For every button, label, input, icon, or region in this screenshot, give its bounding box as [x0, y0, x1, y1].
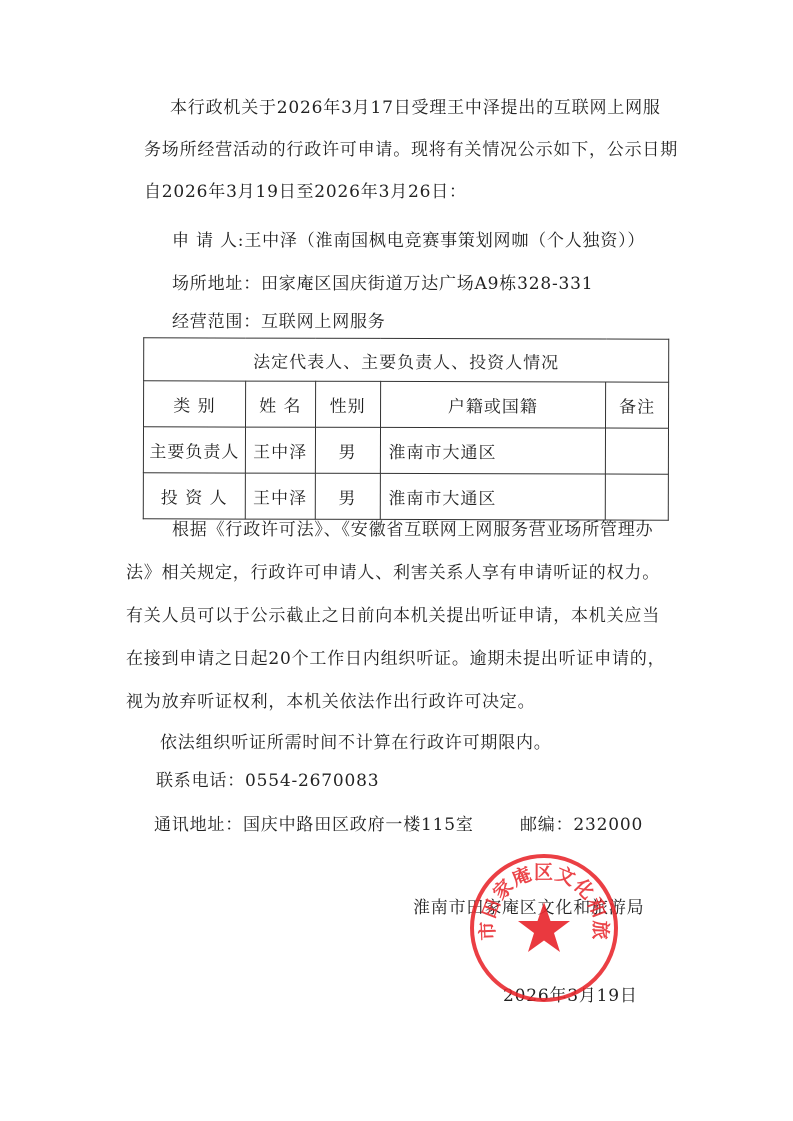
header-name: 姓 名	[245, 381, 315, 427]
cell-gender: 男	[315, 427, 380, 473]
cell-name: 王中泽	[245, 473, 315, 519]
table-row: 投 资 人 王中泽 男 淮南市大通区	[143, 473, 668, 520]
basis-line-5: 视为放弃听证权利，本机关依法作出行政许可决定。	[126, 692, 535, 712]
persons-info-table: 法定代表人、主要负责人、投资人情况 类 别 姓 名 性别 户籍或国籍 备注 主要…	[143, 337, 669, 520]
applicant-line: 申 请 人:王中泽（淮南国枫电竞赛事策划网咖（个人独资））	[172, 231, 645, 251]
business-scope-line: 经营范围：互联网上网服务	[172, 312, 386, 332]
header-domicile: 户籍或国籍	[380, 381, 606, 428]
postal-code: 邮编：232000	[520, 815, 643, 835]
table-header-row: 类 别 姓 名 性别 户籍或国籍 备注	[144, 381, 669, 428]
cell-remark	[605, 428, 668, 474]
basis-line-4: 在接到申请之日起20个工作日内组织听证。逾期未提出听证申请的，	[126, 649, 665, 669]
basis-line-1: 根据《行政许可法》、《安徽省互联网上网服务营业场所管理办	[172, 520, 653, 540]
basis-line-3: 有关人员可以于公示截止之日前向本机关提出听证申请，本机关应当	[126, 606, 660, 626]
mailing-address: 通讯地址：国庆中路田区政府一楼115室	[154, 815, 474, 835]
premises-address-line: 场所地址：田家庵区国庆街道万达广场A9栋328-331	[172, 274, 593, 294]
table-row: 主要负责人 王中泽 男 淮南市大通区	[143, 427, 668, 474]
seal-text: 淮南市田家庵区文化和旅游局	[468, 852, 612, 941]
issuing-organization: 淮南市田家庵区文化和旅游局	[413, 898, 644, 918]
cell-domicile: 淮南市大通区	[380, 427, 606, 474]
cell-name: 王中泽	[245, 427, 315, 473]
cell-category: 投 资 人	[143, 473, 245, 519]
table-title: 法定代表人、主要负责人、投资人情况	[144, 338, 669, 382]
cell-domicile: 淮南市大通区	[380, 473, 606, 520]
contact-phone: 联系电话：0554-2670083	[156, 771, 379, 791]
cell-category: 主要负责人	[143, 427, 245, 473]
cell-remark	[605, 474, 668, 520]
issue-date: 2026年3月19日	[503, 986, 638, 1006]
intro-line-1: 本行政机关于2026年3月17日受理王中泽提出的互联网上网服	[170, 98, 661, 118]
official-seal-icon: 淮南市田家庵区文化和旅游局	[468, 852, 620, 1004]
header-remark: 备注	[606, 382, 669, 428]
cell-gender: 男	[315, 473, 380, 519]
basis-line-2: 法》相关规定，行政许可申请人、利害关系人享有申请听证的权力。	[126, 563, 660, 583]
header-gender: 性别	[315, 381, 380, 427]
svg-text:淮南市田家庵区文化和旅游局: 淮南市田家庵区文化和旅游局	[468, 852, 612, 941]
intro-line-2: 务场所经营活动的行政许可申请。现将有关情况公示如下，公示日期	[144, 140, 678, 160]
table-title-row: 法定代表人、主要负责人、投资人情况	[144, 338, 669, 382]
intro-line-3: 自2026年3月19日至2026年3月26日：	[144, 182, 467, 202]
header-category: 类 别	[144, 381, 246, 427]
hearing-time-note: 依法组织听证所需时间不计算在行政许可期限内。	[160, 733, 552, 753]
